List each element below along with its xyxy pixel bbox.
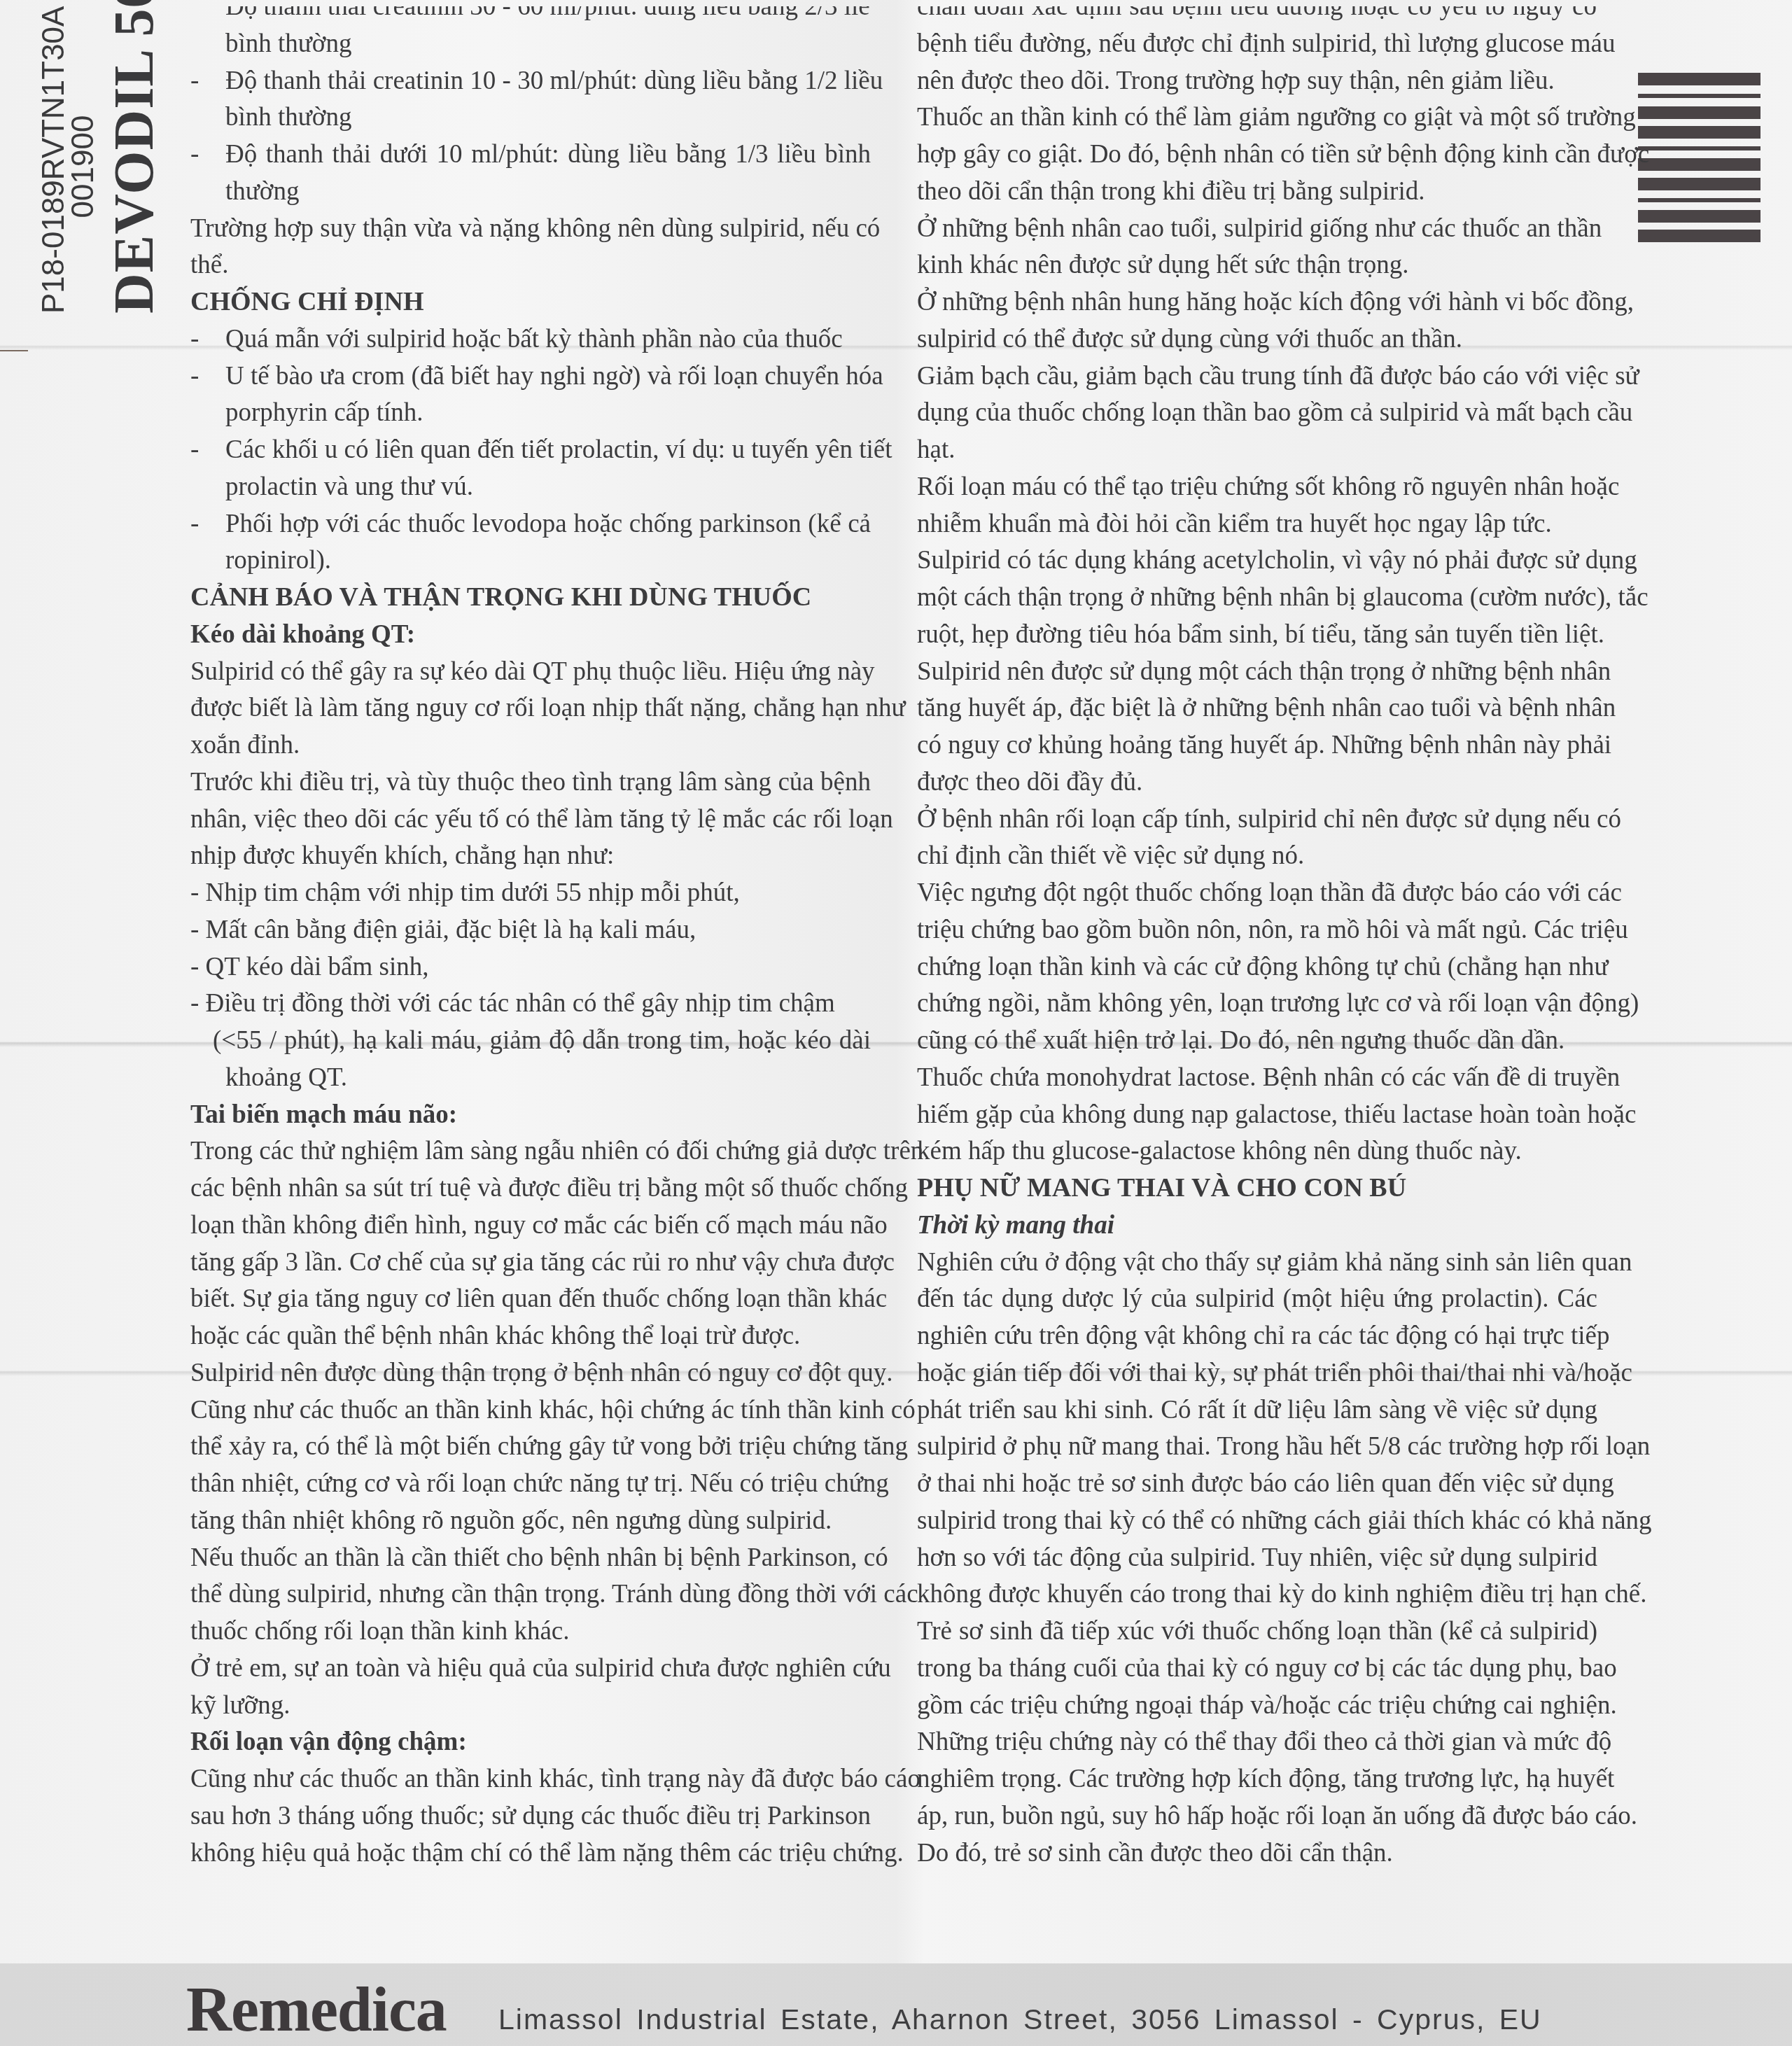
text-line: không hiệu quả hoặc thậm chí có thể làm …: [190, 1835, 871, 1872]
text-line: sulpirid có thể được sử dụng cùng với th…: [917, 321, 1597, 358]
list-bullet: -: [190, 431, 204, 468]
text-line: sulpirid ở phụ nữ mang thai. Trong hầu h…: [917, 1428, 1597, 1465]
text-line: Quá mẫn với sulpirid hoặc bất kỳ thành p…: [225, 321, 871, 358]
subsection-heading: Kéo dài khoảng QT:: [190, 616, 871, 653]
text-line: Ở những bệnh nhân hung hăng hoặc kích độ…: [917, 283, 1597, 321]
text-line: theo dõi cẩn thận trong khi điều trị bằn…: [917, 173, 1597, 210]
text-line: ruột, hẹp đường tiêu hóa bẩm sinh, bí ti…: [917, 616, 1597, 653]
section-heading: CẢNH BÁO VÀ THẬN TRỌNG KHI DÙNG THUỐC: [190, 579, 871, 616]
text-line: xoắn đỉnh.: [190, 727, 871, 764]
text-line: Phối hợp với các thuốc levodopa hoặc chố…: [225, 505, 871, 542]
text-line: phát triển sau khi sinh. Có rất ít dữ li…: [917, 1392, 1597, 1429]
barcode-bar: [1638, 158, 1760, 171]
text-line: hơn so với tác động của sulpirid. Tuy nh…: [917, 1539, 1597, 1576]
text-line: Cũng như các thuốc an thần kinh khác, hộ…: [190, 1392, 871, 1429]
text-line: được biết là làm tăng nguy cơ rối loạn n…: [190, 689, 871, 727]
text-line: Các khối u có liên quan đến tiết prolact…: [225, 431, 871, 468]
text-line: kém hấp thu glucose-galactose không nên …: [917, 1133, 1597, 1170]
text-line: chứng loạn thần kinh và các cử động khôn…: [917, 948, 1597, 986]
text-line: Nghiên cứu ở động vật cho thấy sự giảm k…: [917, 1244, 1597, 1281]
text-line: nghiên cứu trên động vật không chỉ ra cá…: [917, 1317, 1597, 1354]
text-line: đến tác dụng dược lý của sulpirid (một h…: [917, 1280, 1597, 1317]
list-bullet: -: [190, 358, 204, 395]
text-line: Những triệu chứng này có thể thay đổi th…: [917, 1723, 1597, 1760]
barcode-bar: [1638, 210, 1760, 223]
text-line: Cũng như các thuốc an thần kinh khác, tì…: [190, 1760, 871, 1798]
text-line: Do đó, trẻ sơ sinh cần được theo dõi cẩn…: [917, 1835, 1597, 1872]
text-line: một cách thận trọng ở những bệnh nhân bị…: [917, 579, 1597, 616]
text-line: không được khuyến cáo trong thai kỳ do k…: [917, 1576, 1597, 1613]
text-line: thuốc chống rối loạn thần kinh khác.: [190, 1613, 871, 1650]
text-line: Sulpirid nên được dùng thận trọng ở bệnh…: [190, 1354, 871, 1392]
barcode-bar: [1638, 198, 1760, 202]
text-line: Thuốc chứa monohydrat lactose. Bệnh nhân…: [917, 1059, 1597, 1096]
text-line: Ở bệnh nhân rối loạn cấp tính, sulpirid …: [917, 801, 1597, 838]
text-line: hạt.: [917, 431, 1597, 468]
side-product-name: DEVODIL 50: [106, 0, 162, 314]
text-line: - QT kéo dài bẩm sinh,: [190, 948, 871, 986]
text-line: chỉ định cần thiết về việc sử dụng nó.: [917, 837, 1597, 874]
text-line: sau hơn 3 tháng uống thuốc; sử dụng các …: [190, 1798, 871, 1835]
text-line: loạn thần không điển hình, nguy cơ mắc c…: [190, 1207, 871, 1244]
text-line: nghiêm trọng. Các trường hợp kích động, …: [917, 1760, 1597, 1798]
text-line: Việc ngưng đột ngột thuốc chống loạn thầ…: [917, 874, 1597, 911]
text-line: kỹ lưỡng.: [190, 1687, 871, 1724]
side-product-code: P18-0189RVTN1T30A 001900: [39, 20, 98, 314]
text-line: Độ thanh thải creatinin 10 - 30 ml/phút:…: [225, 62, 871, 99]
section-heading: CHỐNG CHỈ ĐỊNH: [190, 283, 871, 321]
text-line: Rối loạn máu có thể tạo triệu chứng sốt …: [917, 468, 1597, 505]
list-bullet: -: [190, 505, 204, 542]
text-line: Trẻ sơ sinh đã tiếp xúc với thuốc chống …: [917, 1613, 1597, 1650]
text-line: khoảng QT.: [225, 1059, 871, 1096]
text-line: áp, run, buồn ngủ, suy hô hấp hoặc rối l…: [917, 1798, 1597, 1835]
text-line: thể xảy ra, có thể là một biến chứng gây…: [190, 1428, 871, 1465]
manufacturer-address: Limassol Industrial Estate, Aharnon Stre…: [498, 2002, 1542, 2037]
text-line: thường: [225, 173, 871, 210]
text-line: các bệnh nhân sa sút trí tuệ và được điề…: [190, 1170, 871, 1207]
text-line: prolactin và ung thư vú.: [225, 468, 871, 505]
text-line: nhịp được khuyến khích, chẳng hạn như:: [190, 837, 871, 874]
text-line: - Nhịp tim chậm với nhịp tim dưới 55 nhị…: [190, 874, 871, 911]
text-line: tăng gấp 3 lần. Cơ chế của sự gia tăng c…: [190, 1244, 871, 1281]
text-line: thể dùng sulpirid, nhưng cần thận trọng.…: [190, 1576, 871, 1613]
text-line: trong ba tháng cuối của thai kỳ có nguy …: [917, 1650, 1597, 1687]
text-line: dụng của thuốc chống loạn thần bao gồm c…: [917, 394, 1597, 431]
barcode-bar: [1638, 94, 1760, 98]
text-line: Sulpirid nên được sử dụng một cách thận …: [917, 653, 1597, 690]
text-line: Sulpirid có tác dụng kháng acetylcholin,…: [917, 542, 1597, 579]
list-bullet: -: [190, 321, 204, 358]
text-line: bình thường: [225, 25, 871, 62]
text-line: porphyrin cấp tính.: [225, 394, 871, 431]
text-line: hoặc gián tiếp đối với thai kỳ, sự phát …: [917, 1354, 1597, 1392]
text-line: Nếu thuốc an thần là cần thiết cho bệnh …: [190, 1539, 871, 1576]
text-line: - Điều trị đồng thời với các tác nhân có…: [190, 985, 871, 1022]
barcode-bar: [1638, 146, 1760, 150]
text-line: gồm các triệu chứng ngoại tháp và/hoặc c…: [917, 1687, 1597, 1724]
text-line: Sulpirid có thể gây ra sự kéo dài QT phụ…: [190, 653, 871, 690]
text-line: ropinirol).: [225, 542, 871, 579]
barcode-bar: [1638, 230, 1760, 242]
text-line: Giảm bạch cầu, giảm bạch cầu trung tính …: [917, 358, 1597, 395]
text-line: - Mất cân bằng điện giải, đặc biệt là hạ…: [190, 911, 871, 948]
batch-code: 001900: [69, 20, 98, 314]
text-line: U tế bào ưa crom (đã biết hay nghi ngờ) …: [225, 358, 871, 395]
text-line: tăng huyết áp, đặc biệt là ở những bệnh …: [917, 689, 1597, 727]
text-line: nhân, việc theo dõi các yếu tố có thể là…: [190, 801, 871, 838]
text-line: Thuốc an thần kinh có thể làm giảm ngưỡn…: [917, 99, 1597, 136]
barcode-bar: [1638, 178, 1760, 190]
subsection-heading: Tai biến mạch máu não:: [190, 1096, 871, 1133]
text-line: Độ thanh thải dưới 10 ml/phút: dùng liều…: [225, 136, 871, 173]
barcode-bar: [1638, 73, 1760, 85]
text-line: bệnh tiểu đường, nếu được chỉ định sulpi…: [917, 25, 1597, 62]
barcode-bar: [1638, 106, 1760, 119]
brand-logo: Remedica: [186, 1975, 447, 2045]
subsection-heading: Rối loạn vận động chậm:: [190, 1723, 871, 1760]
text-line: Ở trẻ em, sự an toàn và hiệu quả của sul…: [190, 1650, 871, 1687]
text-line: được theo dõi đầy đủ.: [917, 764, 1597, 801]
text-line: hiếm gặp của không dung nạp galactose, t…: [917, 1096, 1597, 1133]
section-heading: PHỤ NỮ MANG THAI VÀ CHO CON BÚ: [917, 1170, 1597, 1207]
text-line: bình thường: [225, 99, 871, 136]
text-line: Trường hợp suy thận vừa và nặng không nê…: [190, 210, 871, 247]
product-code: P18-0189RVTN1T30A: [39, 20, 69, 314]
text-line: Trước khi điều trị, và tùy thuộc theo tì…: [190, 764, 871, 801]
text-line: sulpirid trong thai kỳ có thể có những c…: [917, 1502, 1597, 1539]
text-line: Trong các thử nghiệm lâm sàng ngẫu nhiên…: [190, 1133, 871, 1170]
text-line: nhiễm khuẩn mà đòi hỏi cần kiểm tra huyế…: [917, 505, 1597, 542]
text-line: Ở những bệnh nhân cao tuổi, sulpirid giố…: [917, 210, 1597, 247]
text-line: thể.: [190, 246, 871, 283]
text-line: thân nhiệt, cứng cơ và rối loạn chức năn…: [190, 1465, 871, 1502]
barcode-bar: [1638, 126, 1760, 139]
text-line: (<55 / phút), hạ kali máu, giảm độ dẫn t…: [213, 1022, 871, 1059]
list-bullet: -: [190, 136, 204, 173]
subsection-heading: Thời kỳ mang thai: [917, 1207, 1597, 1244]
text-line: triệu chứng bao gồm buồn nôn, nôn, ra mồ…: [917, 911, 1597, 948]
text-line: biết. Sự gia tăng nguy cơ liên quan đến …: [190, 1280, 871, 1317]
fold-mark: [0, 350, 28, 351]
text-line: hoặc các quần thể bệnh nhân khác không t…: [190, 1317, 871, 1354]
list-bullet: -: [190, 62, 204, 99]
text-line: cũng có thể xuất hiện trở lại. Do đó, nê…: [917, 1022, 1597, 1059]
text-line: ở thai nhi hoặc trẻ sơ sinh được báo cáo…: [917, 1465, 1597, 1502]
text-line: nên được theo dõi. Trong trường hợp suy …: [917, 62, 1597, 99]
text-line: tăng thân nhiệt không rõ nguồn gốc, nên …: [190, 1502, 871, 1539]
text-line: kinh khác nên được sử dụng hết sức thận …: [917, 246, 1597, 283]
text-line: có nguy cơ khủng hoảng tăng huyết áp. Nh…: [917, 727, 1597, 764]
text-line: chứng ngồi, nằm không yên, loạn trương l…: [917, 985, 1597, 1022]
text-line: hợp gây co giật. Do đó, bệnh nhân có tiề…: [917, 136, 1597, 173]
